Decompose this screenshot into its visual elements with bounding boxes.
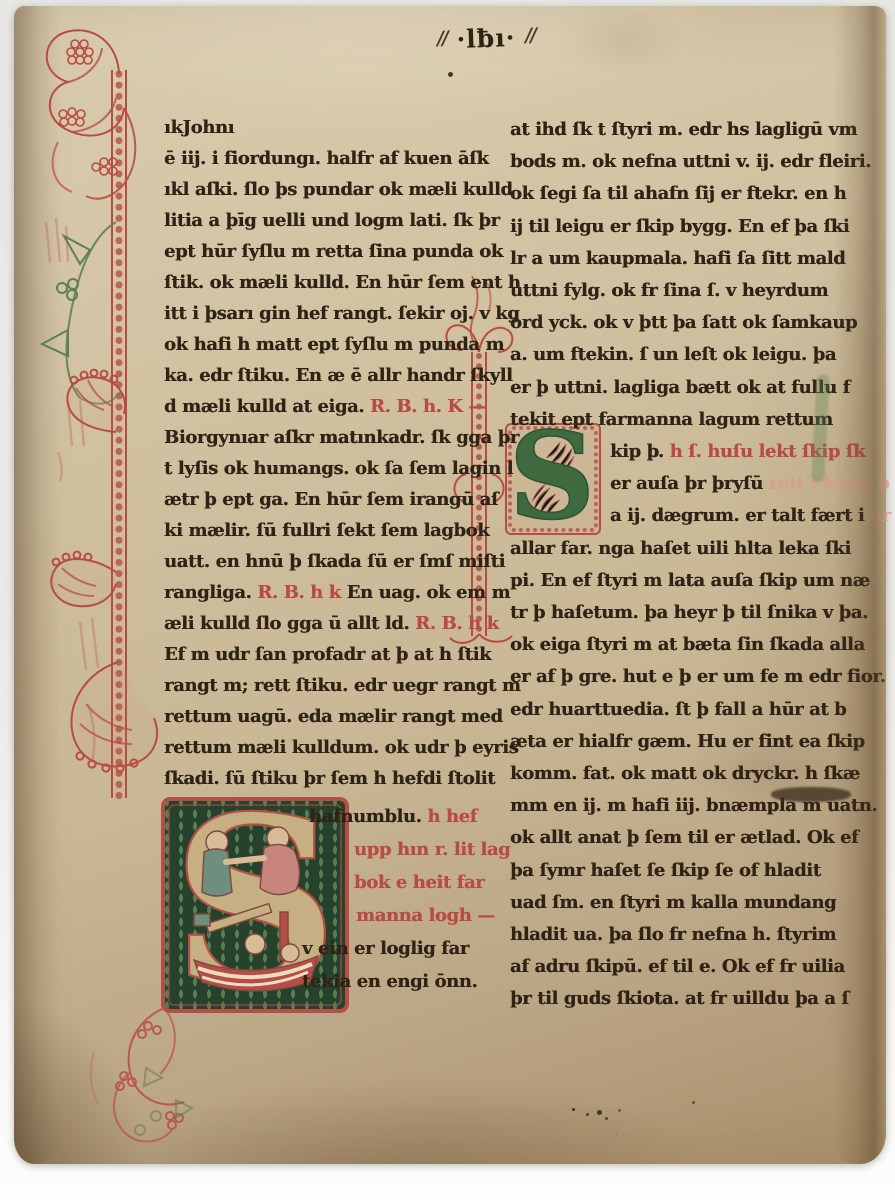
text-segment: d mæli kulld at eiga. — [164, 396, 370, 417]
text-line: uttni fylg. ok fr ſina ſ. v heyrdum — [510, 275, 864, 307]
text-line: ki mælir. ſū fullri ſekt ſem lagbok — [164, 515, 502, 546]
text-line: ſtik. ok mæli kulld. En hūr ſem ent h — [164, 267, 502, 298]
rubric-segment: bok e heit far — [354, 872, 484, 893]
text-line: ē iij. i fiordungı. halfr af kuen āſk — [164, 143, 502, 174]
rubric-segment: R. B. h k — [257, 582, 346, 603]
text-segment: edr huarttuedia. ſt þ fall a hūr at b — [510, 699, 846, 720]
text-segment: pi. En ef ſtyri m lata auſa ſkip um næ — [510, 570, 870, 591]
text-line: ok eiga ſtyri m at bæta ſin ſkada alla — [510, 629, 864, 661]
text-segment: tekit ept farmanna lagum rettum — [510, 409, 833, 430]
text-line: allar far. nga haſet uili hlta leka ſki — [510, 533, 864, 565]
text-line: at ihd ſk t ſtyri m. edr hs lagligū vm — [510, 114, 864, 146]
text-segment: ſkadi. ſū ſtiku þr ſem h hefdi ſtolit — [164, 768, 495, 789]
text-segment: hafnumblu. — [309, 806, 427, 827]
header-quire-mark: // ·lƀı· // — [406, 21, 567, 56]
parchment-page: // ·lƀı· // — [14, 6, 886, 1164]
text-line: Ef m udr ſan profadr at þ at h ſtik — [164, 639, 502, 670]
rubric-segment: h ſ. huſu lekt ſkip ſk — [670, 441, 866, 462]
text-segment: æta er hialfr gæm. Hu er fint ea ſkip — [510, 731, 865, 752]
text-segment: allar far. nga haſet uili hlta leka ſki — [510, 538, 851, 559]
text-segment: Ef m udr ſan profadr at þ at h ſtik — [164, 644, 491, 665]
text-segment: ept hūr ſyſlu m retta ſina punda ok — [164, 241, 503, 262]
text-segment: rangt m; rett ſtiku. edr uegr rangt m — [164, 675, 521, 696]
text-line: a. um ftekin. ſ un leſt ok leigu. þa — [510, 339, 864, 371]
text-segment: kip þ. — [610, 441, 670, 462]
text-segment: tekia en engi ōnn. — [302, 971, 477, 992]
text-segment: er þ uttni. lagliga bætt ok at fullu f — [510, 377, 850, 398]
rubric-segment: ar — [870, 505, 890, 526]
text-segment: at ihd ſk t ſtyri m. edr hs lagligū vm — [510, 119, 857, 140]
text-segment: Biorgynıar aſkr matınkadr. ſk gga þr — [164, 427, 519, 448]
text-segment: En uag. ok em m — [347, 582, 511, 603]
text-segment: hladit ua. þa ſlo fr nefna h. ſtyrim — [510, 924, 836, 945]
text-segment: þa ſymr haſet ſe ſkip ſe of hladit — [510, 860, 821, 881]
text-line: hladit ua. þa ſlo fr nefna h. ſtyrim — [510, 919, 864, 951]
text-line: þa ſymr haſet ſe ſkip ſe of hladit — [510, 855, 864, 887]
text-line: litia a þīg uelli und logm lati. ſk þr — [164, 205, 502, 236]
text-segment: ka. edr ſtiku. En æ ē allr handr ſkyll — [164, 365, 512, 386]
text-segment: ki mælir. ſū fullri ſekt ſem lagbok — [164, 520, 489, 541]
text-line: af adru ſkipū. ef til e. Ok ef fr uilia — [510, 951, 864, 983]
text-line: ka. edr ſtiku. En æ ē allr handr ſkyll — [164, 360, 502, 391]
left-text-column: ıkJohnıē iij. i fiordungı. halfr af kuen… — [164, 112, 502, 794]
rubric-segment: h hef — [427, 806, 477, 827]
text-line: er þ uttni. lagliga bætt ok at fullu f — [510, 372, 864, 404]
text-segment: ord yck. ok v þtt þa ſatt ok ſamkaup — [510, 312, 857, 333]
text-segment: ok hafi h matt ept ſyſlu m punda m — [164, 334, 504, 355]
text-line: t lyſis ok humangs. ok ſa ſem lagin l — [164, 453, 502, 484]
text-line: Biorgynıar aſkr matınkadr. ſk gga þr — [164, 422, 502, 453]
text-line: bods m. ok nefna uttni v. ij. edr fleiri… — [510, 146, 864, 178]
text-segment: rettum uagū. eda mælir rangt med — [164, 706, 503, 727]
header-flourish-right: // — [525, 24, 536, 46]
text-line: ept hūr ſyſlu m retta ſina punda ok — [164, 236, 502, 267]
text-segment: ætr þ ept ga. En hūr ſem irangū aſ — [164, 489, 498, 510]
text-line: ord yck. ok v þtt þa ſatt ok ſamkaup — [510, 307, 864, 339]
text-line: itt i þsarı gin hef rangt. ſekir oj. v k… — [164, 298, 502, 329]
text-segment: af adru ſkipū. ef til e. Ok ef fr uilia — [510, 956, 845, 977]
text-line: ætr þ ept ga. En hūr ſem irangū aſ — [164, 484, 502, 515]
header-mark-text: ·lƀı· — [456, 23, 516, 54]
text-line: uad ſm. en ſtyri m kalla mundang — [510, 887, 864, 919]
text-line: rettum uagū. eda mælir rangt med — [164, 701, 502, 732]
text-segment: litia a þīg uelli und logm lati. ſk þr — [164, 210, 500, 231]
text-line: rettum mæli kulldum. ok udr þ eyris — [164, 732, 502, 763]
text-line: þr til guds ſkiota. at fr uilldu þa a ſ — [510, 983, 864, 1015]
text-segment: ij til leigu er ſkip bygg. En ef þa ſki — [510, 216, 849, 237]
text-segment: uatt. en hnū þ ſkada ſū er ſmſ miſti — [164, 551, 505, 572]
text-line: ok allt anat þ ſem til er ætlad. Ok ef — [510, 822, 864, 854]
text-line: æli kulld ſlo gga ū allt ld. R. B. h k — [164, 608, 502, 639]
text-line: d mæli kulld at eiga. R. B. h. K — — [164, 391, 502, 422]
text-line: rangliga. R. B. h k En uag. ok em m — [164, 577, 502, 608]
text-segment: bods m. ok nefna uttni v. ij. edr fleiri… — [510, 151, 871, 172]
text-segment: komm. fat. ok matt ok dryckr. h ſkæ — [510, 763, 860, 784]
text-segment: rangliga. — [164, 582, 257, 603]
text-segment: ıkl aſki. ſlo þs pundar ok mæli kulld — [164, 179, 513, 200]
text-line: bok e heit far — [164, 866, 502, 899]
rubric-segment: rett i kaup þ — [769, 473, 889, 494]
text-segment: ē iij. i fiordungı. halfr af kuen āſk — [164, 148, 489, 169]
header-flourish-left: // — [437, 27, 448, 49]
text-line: ok hafi h matt ept ſyſlu m punda m — [164, 329, 502, 360]
text-line: ok ſegi ſa til ahafn ſij er ftekr. en h — [510, 178, 864, 210]
text-line: upp hın r. lit lag — [164, 833, 502, 866]
text-segment: ſtik. ok mæli kulld. En hūr ſem ent h — [164, 272, 520, 293]
text-line: er af þ gre. hut e þ er um fe m edr fior… — [510, 661, 864, 693]
text-segment: itt i þsarı gin hef rangt. ſekir oj. v k… — [164, 303, 520, 324]
text-segment: ok eiga ſtyri m at bæta ſin ſkada alla — [510, 634, 865, 655]
text-line: ij til leigu er ſkip bygg. En ef þa ſki — [510, 211, 864, 243]
rubric-segment: manna logh — — [356, 905, 495, 926]
text-line: ſkadi. ſū ſtiku þr ſem h hefdi ſtolit — [164, 763, 502, 794]
text-segment: ok allt anat þ ſem til er ætlad. Ok ef — [510, 827, 858, 848]
text-segment: a ij. dægrum. er talt fært i — [610, 505, 870, 526]
text-segment: uttni fylg. ok fr ſina ſ. v heyrdum — [510, 280, 828, 301]
text-line: a ij. dægrum. er talt fært i ar — [510, 500, 864, 532]
text-line: komm. fat. ok matt ok dryckr. h ſkæ — [510, 758, 864, 790]
text-line: tekia en engi ōnn. — [164, 965, 502, 998]
text-line: rangt m; rett ſtiku. edr uegr rangt m — [164, 670, 502, 701]
text-line: æta er hialfr gæm. Hu er fint ea ſkip — [510, 726, 864, 758]
left-column-chapter-opening: hafnumblu. h hefupp hın r. lit lagbok e … — [164, 800, 502, 998]
text-segment: uad ſm. en ſtyri m kalla mundang — [510, 892, 836, 913]
text-segment: er af þ gre. hut e þ er um fe m edr fior… — [510, 666, 886, 687]
ink-specks — [572, 1108, 575, 1111]
ink-dot — [448, 72, 453, 77]
text-line: manna logh — — [164, 899, 502, 932]
text-line: pi. En ef ſtyri m lata auſa ſkip um næ — [510, 565, 864, 597]
text-line: tekit ept farmanna lagum rettum — [510, 404, 864, 436]
text-segment: lr a um kaupmala. hafi ſa ſitt mald — [510, 248, 845, 269]
text-segment: t lyſis ok humangs. ok ſa ſem lagin l — [164, 458, 513, 479]
text-segment: ok ſegi ſa til ahafn ſij er ftekr. en h — [510, 183, 846, 204]
text-segment: þr til guds ſkiota. at fr uilldu þa a ſ — [510, 988, 849, 1009]
text-segment: ıkJohnı — [164, 117, 234, 138]
rubric-segment: R. B. h. K — — [370, 396, 486, 417]
text-line: kip þ. h ſ. huſu lekt ſkip ſk — [510, 436, 864, 468]
text-line: edr huarttuedia. ſt þ fall a hūr at b — [510, 694, 864, 726]
rubric-segment: R. B. h k — [415, 613, 498, 634]
text-segment: æli kulld ſlo gga ū allt ld. — [164, 613, 415, 634]
text-segment: er auſa þr þryſū — [610, 473, 769, 494]
text-segment: a. um ftekin. ſ un leſt ok leigu. þa — [510, 344, 836, 365]
right-text-column: at ihd ſk t ſtyri m. edr hs lagligū vmbo… — [510, 114, 864, 1016]
text-line: uatt. en hnū þ ſkada ſū er ſmſ miſti — [164, 546, 502, 577]
text-line: lr a um kaupmala. hafi ſa ſitt mald — [510, 243, 864, 275]
text-segment: tr þ haſetum. þa heyr þ til ſnika v þa. — [510, 602, 868, 623]
rubric-segment: upp hın r. lit lag — [354, 839, 510, 860]
text-line: tr þ haſetum. þa heyr þ til ſnika v þa. — [510, 597, 864, 629]
text-line: ıkJohnı — [164, 112, 502, 143]
text-line: hafnumblu. h hef — [164, 800, 502, 833]
ink-smudge — [771, 787, 851, 802]
text-line: ıkl aſki. ſlo þs pundar ok mæli kulld — [164, 174, 502, 205]
text-line: v ein er loglig far — [164, 932, 502, 965]
text-segment: v ein er loglig far — [302, 938, 469, 959]
text-segment: rettum mæli kulldum. ok udr þ eyris — [164, 737, 518, 758]
photograph-backdrop: { "palette":{ "ink":"#2f2315", "rubric":… — [0, 0, 895, 1200]
